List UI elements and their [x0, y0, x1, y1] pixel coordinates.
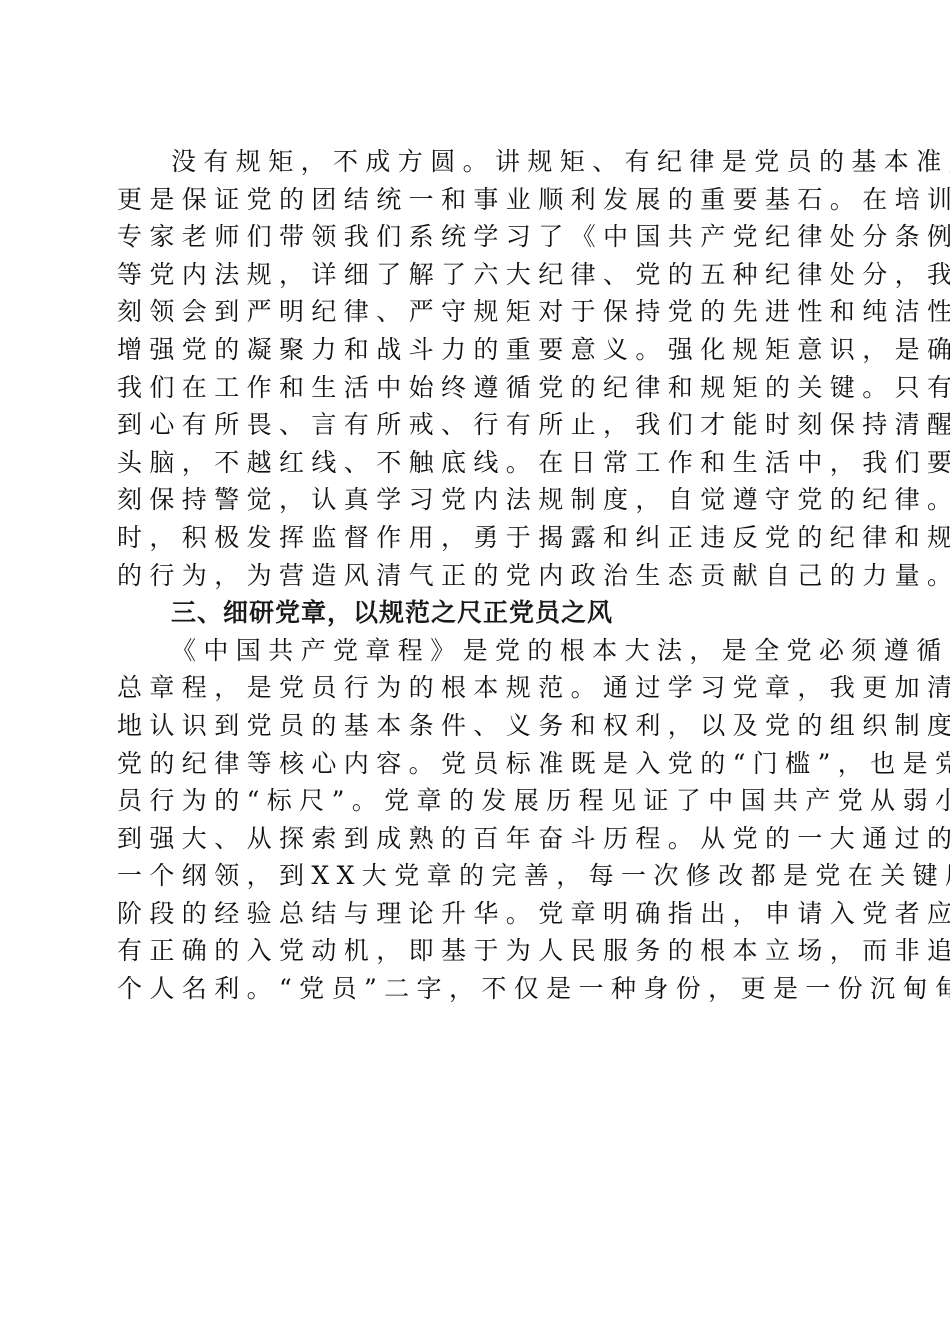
text-line: 个人名利。“党员”二字，不仅是一种身份，更是一份沉甸甸: [117, 970, 837, 1008]
section-heading: 三、细研党章，以规范之尺正党员之风: [117, 594, 837, 632]
text-line: 一个纲领，到XX大党章的完善，每一次修改都是党在关键历史: [117, 857, 837, 895]
text-line: 我们在工作和生活中始终遵循党的纪律和规矩的关键。只有做: [117, 369, 837, 407]
text-line: 等党内法规，详细了解了六大纪律、党的五种纪律处分，我深: [117, 256, 837, 294]
text-line: 专家老师们带领我们系统学习了《中国共产党纪律处分条例》: [117, 218, 837, 256]
text-line: 到强大、从探索到成熟的百年奋斗历程。从党的一大通过的第: [117, 820, 837, 858]
paragraph-discipline: 没有规矩，不成方圆。讲规矩、有纪律是党员的基本准则 更是保证党的团结统一和事业顺…: [117, 143, 837, 594]
text-line: 阶段的经验总结与理论升华。党章明确指出，申请入党者应具: [117, 895, 837, 933]
text-line: 没有规矩，不成方圆。讲规矩、有纪律是党员的基本准则: [117, 143, 837, 181]
text-line: 《中国共产党章程》是党的根本大法，是全党必须遵循的: [117, 632, 837, 670]
text-line: 到心有所畏、言有所戒、行有所止，我们才能时刻保持清醒的: [117, 406, 837, 444]
text-line: 增强党的凝聚力和战斗力的重要意义。强化规矩意识，是确保: [117, 331, 837, 369]
text-line: 有正确的入党动机，即基于为人民服务的根本立场，而非追求: [117, 932, 837, 970]
document-page: 没有规矩，不成方圆。讲规矩、有纪律是党员的基本准则 更是保证党的团结统一和事业顺…: [117, 143, 837, 1008]
text-line: 总章程，是党员行为的根本规范。通过学习党章，我更加清晰: [117, 669, 837, 707]
text-line: 时，积极发挥监督作用，勇于揭露和纠正违反党的纪律和规矩: [117, 519, 837, 557]
text-line: 地认识到党员的基本条件、义务和权利，以及党的组织制度、: [117, 707, 837, 745]
text-line: 刻领会到严明纪律、严守规矩对于保持党的先进性和纯洁性、: [117, 293, 837, 331]
paragraph-party-constitution: 《中国共产党章程》是党的根本大法，是全党必须遵循的 总章程，是党员行为的根本规范…: [117, 632, 837, 1008]
text-line: 刻保持警觉，认真学习党内法规制度，自觉遵守党的纪律。同: [117, 481, 837, 519]
text-line: 头脑，不越红线、不触底线。在日常工作和生活中，我们要时: [117, 444, 837, 482]
text-line: 员行为的“标尺”。党章的发展历程见证了中国共产党从弱小: [117, 782, 837, 820]
text-line: 党的纪律等核心内容。党员标准既是入党的“门槛”，也是党: [117, 745, 837, 783]
text-line: 的行为，为营造风清气正的党内政治生态贡献自己的力量。: [117, 557, 837, 595]
text-line: 更是保证党的团结统一和事业顺利发展的重要基石。在培训中，: [117, 181, 837, 219]
